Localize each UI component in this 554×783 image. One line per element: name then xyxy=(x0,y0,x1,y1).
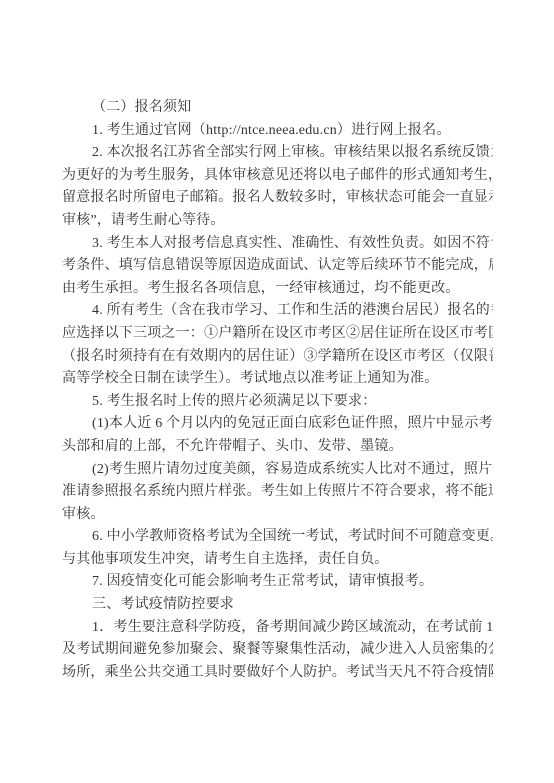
section-heading: 三、考试疫情防控要求 xyxy=(62,594,493,617)
text-line: 5. 考生报名时上传的照片必须满足以下要求： xyxy=(62,391,493,414)
text-block: （二）报名须知1. 考生通过官网（http://ntce.neea.edu.cn… xyxy=(62,97,493,684)
text-line: 为更好的为考生服务，具体审核意见还将以电子邮件的形式通知考生，请 xyxy=(62,165,493,188)
text-line: (1)本人近 6 个月以内的免冠正面白底彩色证件照，照片中显示考生 xyxy=(62,413,493,436)
text-line: 6. 中小学教师资格考试为全国统一考试，考试时间不可随意变更。如 xyxy=(62,526,493,549)
text-line: 审核。 xyxy=(62,504,493,527)
text-line: 3. 考生本人对报考信息真实性、准确性、有效性负责。如因不符合报 xyxy=(62,233,493,256)
text-line: (2)考生照片请勿过度美颜，容易造成系统实人比对不通过，照片标 xyxy=(62,459,493,482)
text-line: 及考试期间避免参加聚会、聚餐等聚集性活动，减少进入人员密集的公共 xyxy=(62,639,493,662)
text-line: 审核”，请考生耐心等待。 xyxy=(62,210,493,233)
text-line: 应选择以下三项之一：①户籍所在设区市考区②居住证所在设区市考区 xyxy=(62,323,493,346)
text-line: 1. 考生通过官网（http://ntce.neea.edu.cn）进行网上报名… xyxy=(62,120,493,143)
text-line: 由考生承担。考生报名各项信息，一经审核通过，均不能更改。 xyxy=(62,278,493,301)
text-line: 考条件、填写信息错误等原因造成面试、认定等后续环节不能完成，后果 xyxy=(62,255,493,278)
section-heading: （二）报名须知 xyxy=(62,97,493,120)
text-line: 头部和肩的上部，不允许带帽子、头巾、发带、墨镜。 xyxy=(62,436,493,459)
text-line: 高等学校全日制在读学生）。考试地点以准考证上通知为准。 xyxy=(62,368,493,391)
text-line: 场所，乘坐公共交通工具时要做好个人防护。考试当天凡不符合疫情防控 xyxy=(62,662,493,685)
document-page: （二）报名须知1. 考生通过官网（http://ntce.neea.edu.cn… xyxy=(0,0,554,783)
text-line: 7. 因疫情变化可能会影响考生正常考试，请审慎报考。 xyxy=(62,571,493,594)
text-line: 1．考生要注意科学防疫，备考期间减少跨区域流动，在考试前 14 天 xyxy=(62,617,493,640)
text-line: 4. 所有考生（含在我市学习、工作和生活的港澳台居民）报名的考区 xyxy=(62,300,493,323)
text-line: （报名时须持有在有效期内的居住证）③学籍所在设区市考区（仅限普通 xyxy=(62,346,493,369)
text-line: 留意报名时所留电子邮箱。报名人数较多时，审核状态可能会一直显示“待 xyxy=(62,187,493,210)
text-line: 准请参照报名系统内照片样张。考生如上传照片不符合要求，将不能通过 xyxy=(62,481,493,504)
text-line: 与其他事项发生冲突，请考生自主选择，责任自负。 xyxy=(62,549,493,572)
text-line: 2. 本次报名江苏省全部实行网上审核。审核结果以报名系统反馈为准， xyxy=(62,142,493,165)
